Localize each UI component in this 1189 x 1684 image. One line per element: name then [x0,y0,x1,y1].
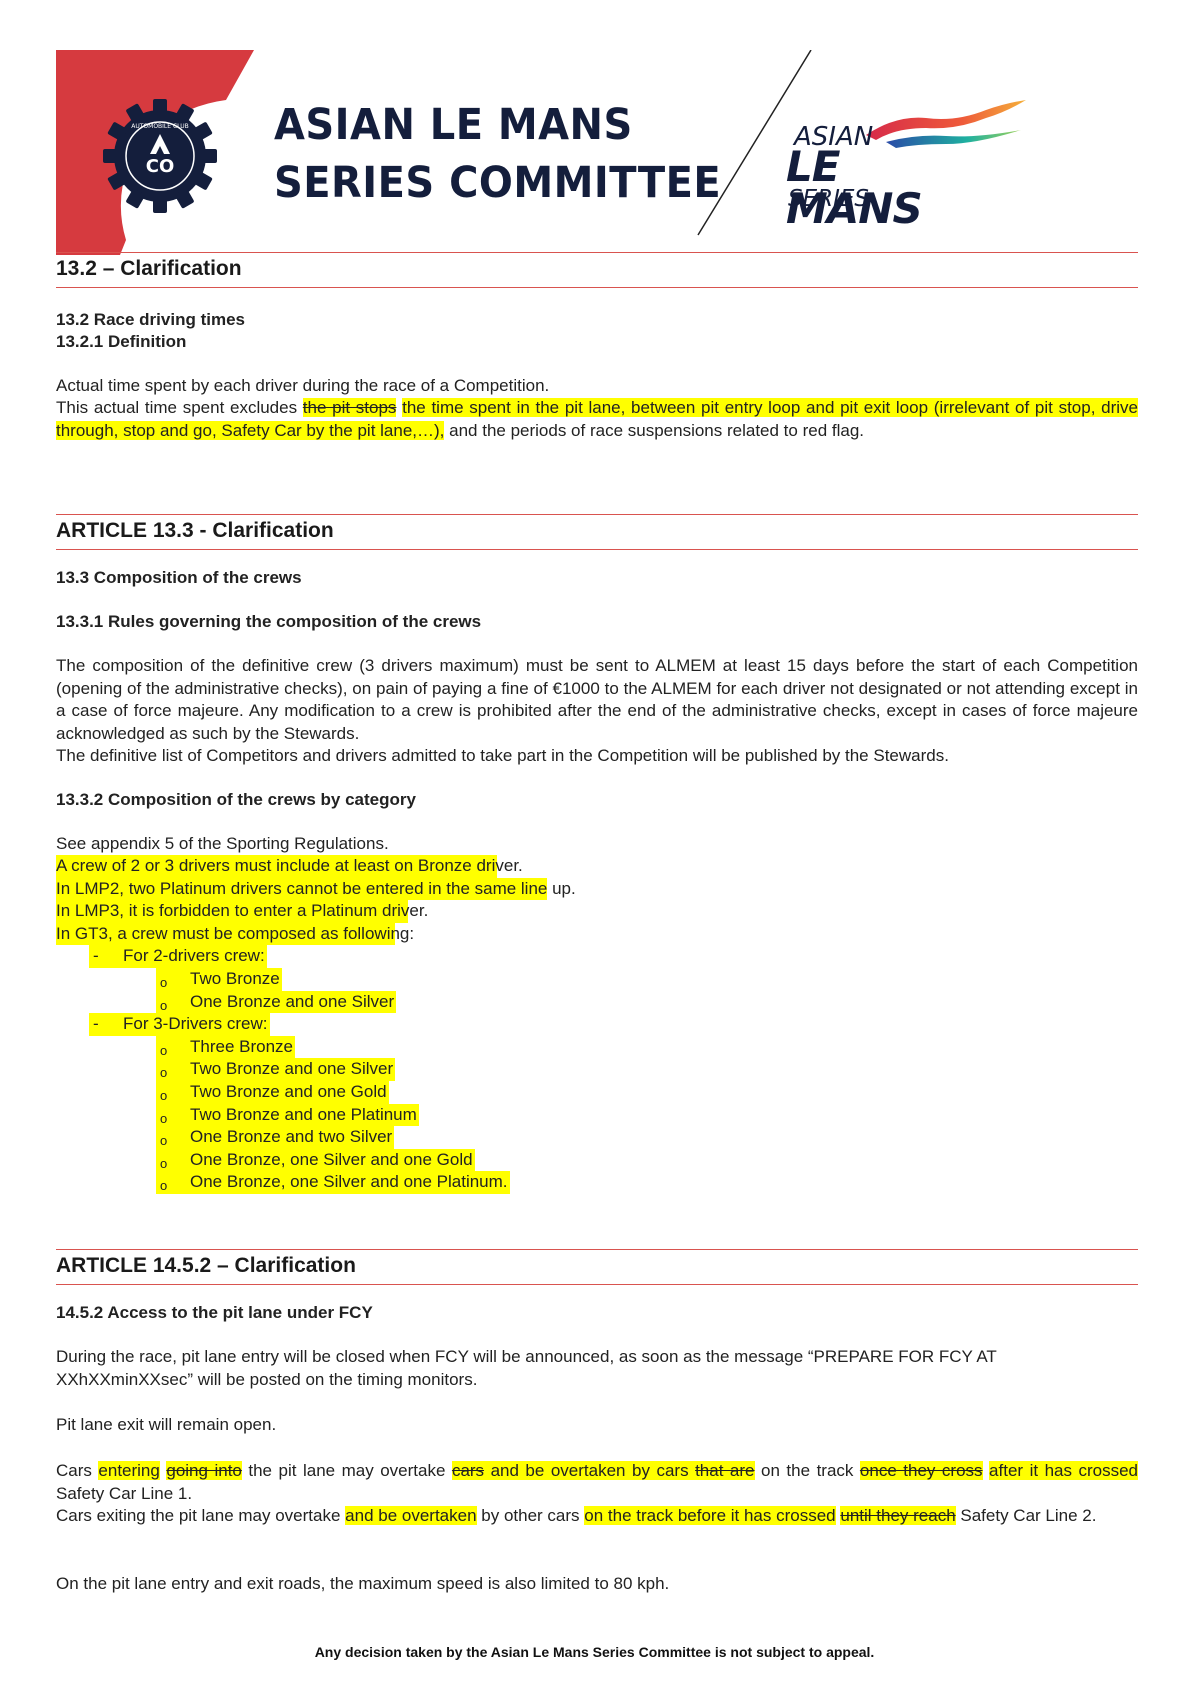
text-segment: the pit lane may overtake [242,1461,452,1480]
struck-deletion: once they cross [860,1461,983,1480]
section-title: ARTICLE 14.5.2 – Clarification [56,1254,356,1278]
list-item-label: Two Bronze [190,968,280,991]
list-item-label: Two Bronze and one Silver [190,1058,393,1081]
dash-bullet-icon: - [93,945,99,968]
footer-disclaimer: Any decision taken by the Asian Le Mans … [0,1644,1189,1660]
subheading-by-category: 13.3.2 Composition of the crews by categ… [56,789,1138,812]
circle-bullet-icon: o [160,1175,167,1198]
section-heading-13-2: 13.2 – Clarification [56,252,1138,288]
definition-paragraph-line1: Actual time spent by each driver during … [56,375,1138,398]
rules-paragraph: The composition of the definitive crew (… [56,655,1138,745]
highlighted-insertion: after it has crossed [989,1461,1138,1480]
subheading-pit-lane-fcy: 14.5.2 Access to the pit lane under FCY [56,1302,1138,1325]
subheading-rules-governing: 13.3.1 Rules governing the composition o… [56,611,1138,634]
list-item-label: One Bronze, one Silver and one Gold [190,1149,473,1172]
text-segment: Cars exiting the pit lane may overtake [56,1506,345,1525]
text-segment: by other cars [477,1506,585,1525]
list-item-label: For 2-drivers crew: [123,945,265,968]
text-segment: Safety Car Line 1. [56,1484,192,1503]
highlighted-insertion: and be overtaken [345,1506,476,1525]
struck-deletion: until they reach [840,1506,955,1525]
subheading-composition-of-crews: 13.3 Composition of the crews [56,567,1138,590]
definition-paragraph: This actual time spent excludes the pit … [56,397,1138,442]
list-item-label: In LMP2, two Platinum drivers cannot be … [56,878,576,901]
dash-bullet-icon: - [93,1013,99,1036]
section-title: 13.2 – Clarification [56,257,242,281]
exit-open-text: Pit lane exit will remain open. [56,1414,1138,1437]
highlighted-insertion: entering [98,1461,159,1480]
see-appendix-text: See appendix 5 of the Sporting Regulatio… [56,833,1138,856]
rules-paragraph-2: The definitive list of Competitors and d… [56,745,1138,768]
list-item-label: One Bronze and two Silver [190,1126,392,1149]
text-segment: on the track [755,1461,860,1480]
text-segment: and the periods of race suspensions rela… [444,421,864,440]
document-page: CO AUTOMOBILE CLUB ASIAN LE MANS SERIES … [0,0,1189,1684]
list-item-label: Two Bronze and one Platinum [190,1104,417,1127]
section-heading-13-3: ARTICLE 13.3 - Clarification [56,514,1138,550]
list-item-label: Three Bronze [190,1036,293,1059]
text-segment: Safety Car Line 2. [956,1506,1097,1525]
struck-deletion: that are [695,1461,754,1480]
struck-deletion: the pit stops [303,398,397,417]
list-item-label: In GT3, a crew must be composed as follo… [56,923,414,946]
series-logo-series: SERIES [788,188,869,211]
list-item-label: A crew of 2 or 3 drivers must include at… [56,855,523,878]
speed-limit-text: On the pit lane entry and exit roads, th… [56,1573,1138,1596]
text-segment: This actual time spent excludes [56,398,303,417]
list-item-label: Two Bronze and one Gold [190,1081,387,1104]
struck-deletion: cars [452,1461,484,1480]
fcy-paragraph: During the race, pit lane entry will be … [56,1346,1086,1391]
list-item-label: One Bronze, one Silver and one Platinum. [190,1171,508,1194]
subheading-race-driving-times: 13.2 Race driving times [56,309,1138,332]
exiting-paragraph: Cars exiting the pit lane may overtake a… [56,1505,1138,1528]
list-item-label: For 3-Drivers crew: [123,1013,268,1036]
list-item-label: One Bronze and one Silver [190,991,394,1014]
struck-deletion: going into [166,1461,242,1480]
list-item-label: In LMP3, it is forbidden to enter a Plat… [56,900,428,923]
section-heading-14-5-2: ARTICLE 14.5.2 – Clarification [56,1249,1138,1285]
section-title: ARTICLE 13.3 - Clarification [56,519,334,543]
subheading-definition: 13.2.1 Definition [56,331,1138,354]
highlighted-insertion: on the track before it has crossed [584,1506,835,1525]
entering-paragraph: Cars entering going into the pit lane ma… [56,1460,1138,1505]
highlighted-insertion: and be overtaken by cars [484,1461,695,1480]
text-segment: Cars [56,1461,98,1480]
